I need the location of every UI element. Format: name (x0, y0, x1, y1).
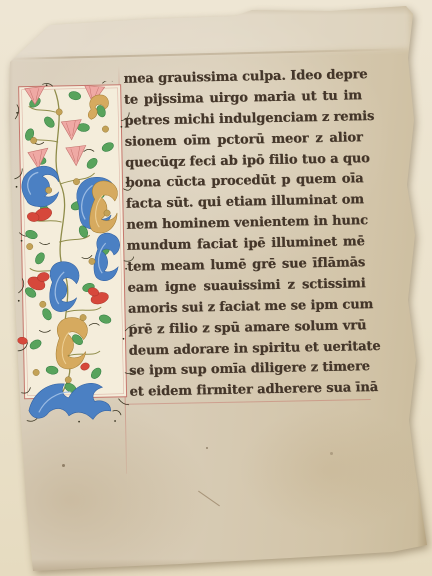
floral-border-panel (13, 81, 138, 428)
vellum-page: mea grauissima culpa. Ideo depre te pijs… (0, 0, 432, 576)
page-content: mea grauissima culpa. Ideo depre te pijs… (0, 0, 432, 576)
photo-backdrop: mea grauissima culpa. Ideo depre te pijs… (0, 0, 432, 576)
text-block: mea grauissima culpa. Ideo depre te pijs… (123, 65, 367, 404)
manuscript-leaf: mea grauissima culpa. Ideo depre te pijs… (0, 0, 432, 576)
